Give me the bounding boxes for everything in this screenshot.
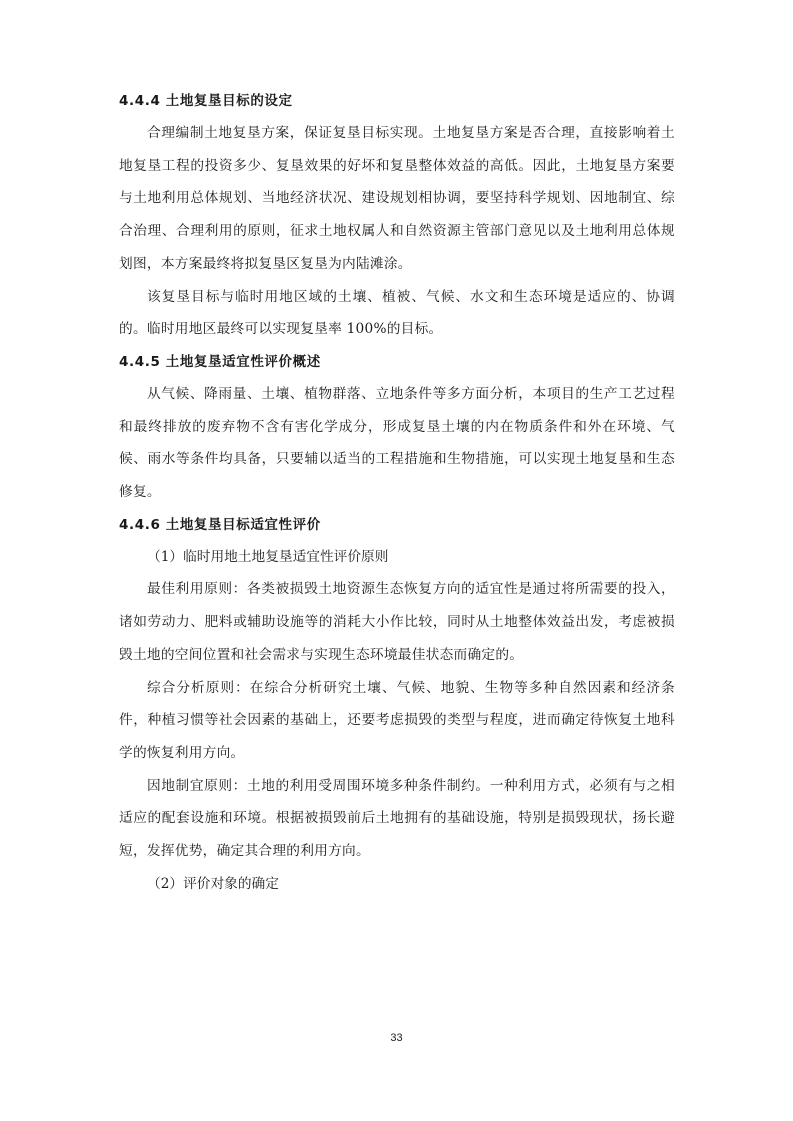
subheading-evaluation-object: （2）评价对象的确定 [119,868,675,901]
paragraph: 从气候、降雨量、土壤、植物群落、立地条件等多方面分析，本项目的生产工艺过程和最终… [119,378,675,509]
subheading-evaluation-principles: （1）临时用地土地复垦适宜性评价原则 [119,541,675,574]
section-heading-4-4-4: 4.4.4 土地复垦目标的设定 [119,88,675,114]
paragraph: 综合分析原则：在综合分析研究土壤、气候、地貌、生物等多种自然因素和经济条件，种植… [119,672,675,770]
paragraph: 最佳利用原则：各类被损毁土地资源生态恢复方向的适宜性是通过将所需要的投入，诸如劳… [119,573,675,671]
paragraph: 该复垦目标与临时用地区域的土壤、植被、气候、水文和生态环境是适应的、协调的。临时… [119,281,675,346]
section-heading-4-4-6: 4.4.6 土地复垦目标适宜性评价 [119,512,675,538]
paragraph: 因地制宜原则：土地的利用受周围环境多种条件制约。一种利用方式，必须有与之相适应的… [119,770,675,868]
document-page: 4.4.4 土地复垦目标的设定 合理编制土地复垦方案，保证复垦目标实现。土地复垦… [119,88,675,900]
paragraph: 合理编制土地复垦方案，保证复垦目标实现。土地复垦方案是否合理，直接影响着土地复垦… [119,117,675,281]
page-number: 33 [0,1032,793,1044]
section-heading-4-4-5: 4.4.5 土地复垦适宜性评价概述 [119,349,675,375]
